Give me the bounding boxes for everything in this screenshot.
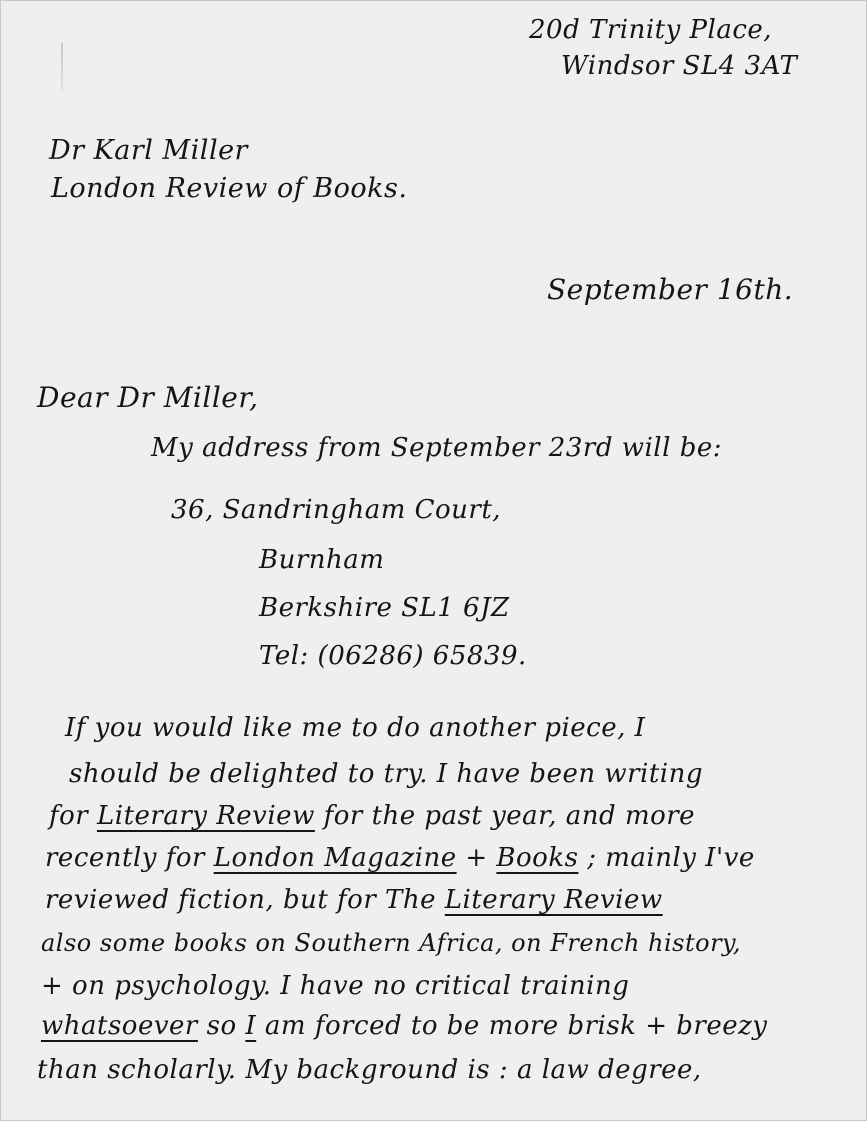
letter-page: 20d Trinity Place, Windsor SL4 3AT Dr Ka… bbox=[0, 0, 867, 1121]
address-intro: My address from September 23rd will be: bbox=[151, 433, 722, 463]
publication-title: Books bbox=[496, 843, 578, 873]
emphasis: whatsoever bbox=[41, 1011, 198, 1041]
body-line-9: than scholarly. My background is : a law… bbox=[37, 1055, 702, 1085]
body-line-8: whatsoever so I am forced to be more bri… bbox=[41, 1011, 767, 1041]
letter-date: September 16th. bbox=[547, 273, 793, 306]
recipient-name: Dr Karl Miller bbox=[49, 135, 248, 166]
publication-title: Literary Review bbox=[445, 885, 663, 915]
body-line-2: should be delighted to try. I have been … bbox=[69, 759, 703, 789]
body-line-4: recently for London Magazine + Books ; m… bbox=[45, 843, 755, 873]
body-line-7: + on psychology. I have no critical trai… bbox=[41, 971, 629, 1001]
emphasis: I bbox=[245, 1011, 256, 1041]
text: recently for bbox=[45, 843, 214, 873]
text: for the past year, and more bbox=[315, 801, 695, 831]
sender-address-line2: Windsor SL4 3AT bbox=[561, 51, 797, 81]
body-line-6: also some books on Southern Africa, on F… bbox=[41, 929, 741, 957]
publication-title: London Magazine bbox=[214, 843, 457, 873]
recipient-organization: London Review of Books. bbox=[51, 173, 407, 204]
body-line-1: If you would like me to do another piece… bbox=[65, 713, 645, 743]
text: + bbox=[457, 843, 497, 873]
body-line-3: for Literary Review for the past year, a… bbox=[49, 801, 695, 831]
body-line-5: reviewed fiction, but for The Literary R… bbox=[45, 885, 663, 915]
stray-mark bbox=[61, 43, 63, 91]
text: ; mainly I've bbox=[578, 843, 754, 873]
publication-title: Literary Review bbox=[97, 801, 315, 831]
text: reviewed fiction, but for The bbox=[45, 885, 445, 915]
new-address-line2: Burnham bbox=[259, 545, 384, 575]
new-address-line1: 36, Sandringham Court, bbox=[171, 495, 501, 525]
new-address-line3: Berkshire SL1 6JZ bbox=[259, 593, 510, 623]
text: so bbox=[198, 1011, 246, 1041]
text: am forced to be more brisk + breezy bbox=[256, 1011, 767, 1041]
sender-address-line1: 20d Trinity Place, bbox=[529, 15, 772, 45]
phone-number: Tel: (06286) 65839. bbox=[259, 641, 527, 671]
text: for bbox=[49, 801, 97, 831]
salutation: Dear Dr Miller, bbox=[37, 381, 259, 414]
